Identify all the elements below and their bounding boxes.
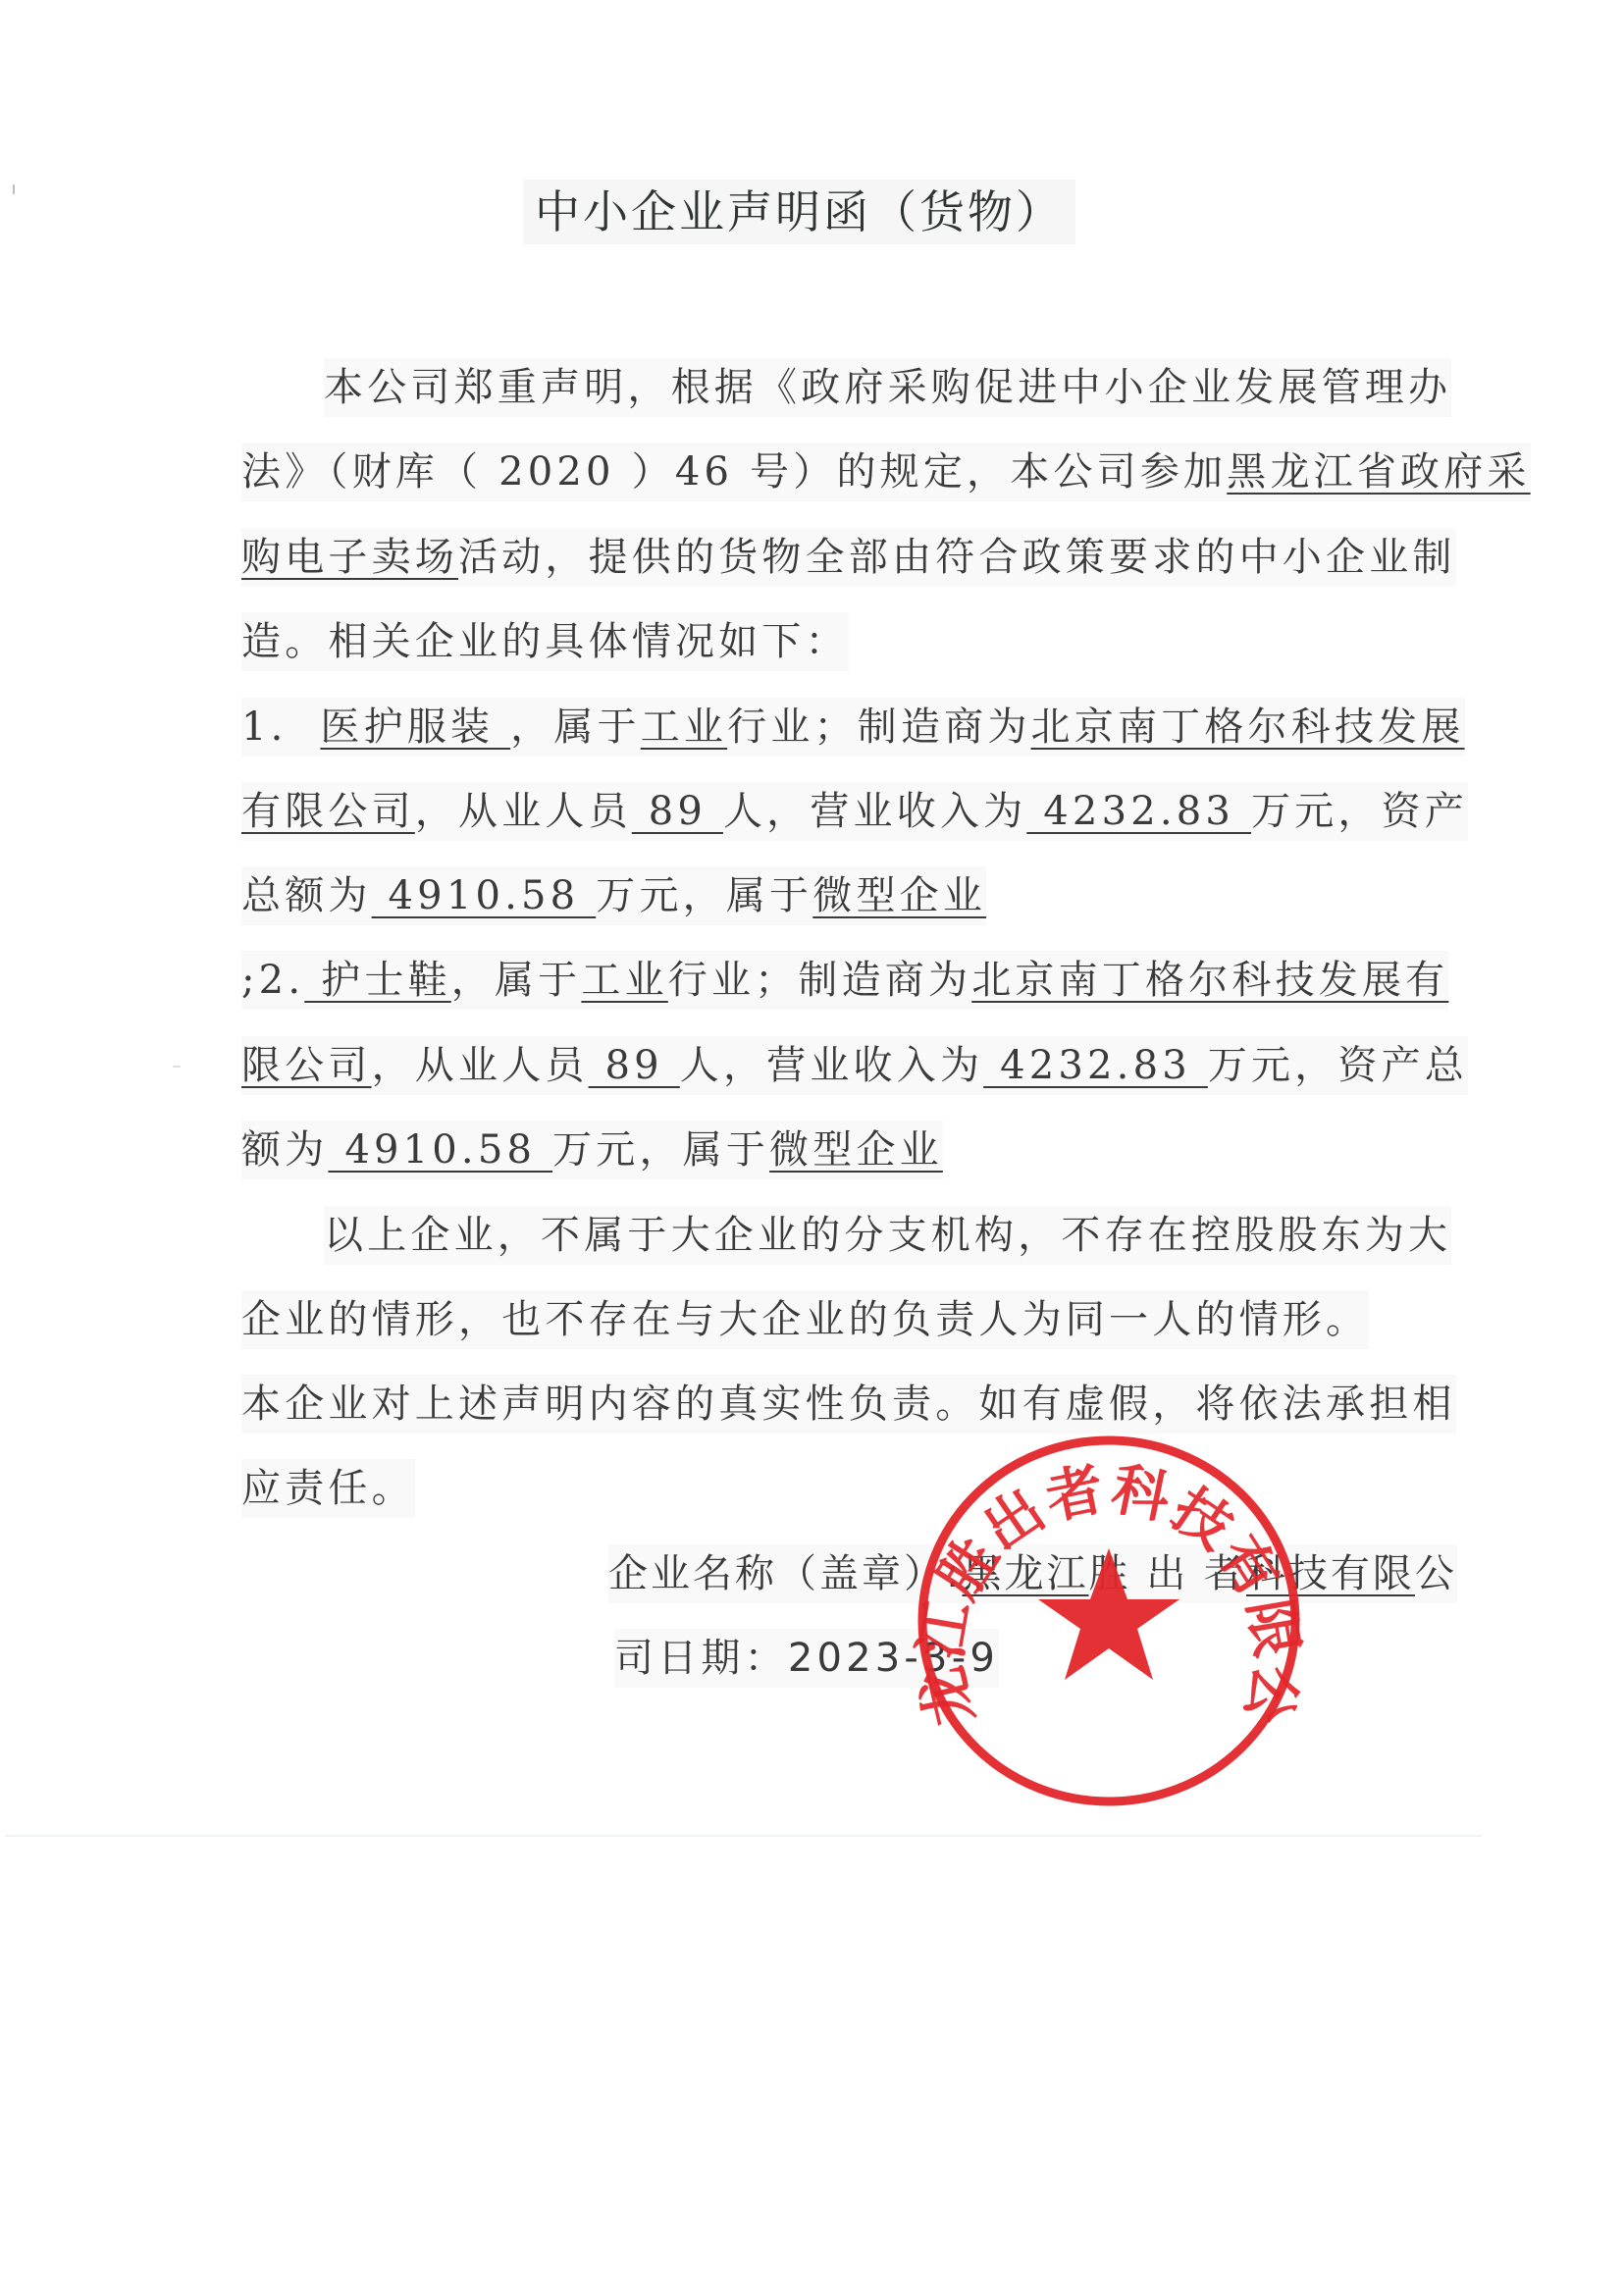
text: 活动，提供的货物全部由符合政策要求的中小企业制 xyxy=(458,535,1456,580)
text: 法》（财库（ 2020 ）46 号）的规定，本公司参加 xyxy=(241,449,1227,495)
paragraph-2-line-1: 以上企业，不属于大企业的分支机构，不存在控股股东为大 xyxy=(324,1206,1451,1265)
item-1-line-1: 1. 医护服装 ，属于工业行业；制造商为北京南丁格尔科技发展 xyxy=(241,698,1465,757)
item-2-line-2: 限公司，从业人员 89 人，营业收入为 4232.83 万元，资产总 xyxy=(241,1036,1468,1095)
date-label: 日期： xyxy=(657,1636,788,1681)
product-name: 医护服装 xyxy=(320,704,510,750)
text: 万元，资产总 xyxy=(1208,1043,1468,1088)
paragraph-3-line-1: 本企业对上述声明内容的真实性负责。如有虚假，将依法承担相 xyxy=(241,1375,1456,1434)
product-name: 护士鞋 xyxy=(304,958,451,1003)
text: ，从业人员 xyxy=(415,789,632,834)
industry: 工业 xyxy=(641,704,727,750)
paragraph-1-line-3: 购电子卖场活动，提供的货物全部由符合政策要求的中小企业制 xyxy=(241,528,1456,587)
text: 本公司郑重声明，根据《政府采购促进中小企业发展管理办 xyxy=(324,365,1451,410)
text: 行业；制造商为 xyxy=(727,704,1030,750)
document-page: 中小企业声明函（货物） 本公司郑重声明，根据《政府采购促进中小企业发展管理办 法… xyxy=(0,0,1624,2296)
platform-name-cont: 购电子卖场 xyxy=(241,535,458,580)
scan-speck xyxy=(173,1066,181,1068)
star-icon xyxy=(1038,1548,1179,1680)
enterprise-size: 微型企业 xyxy=(769,1127,943,1173)
text: 行业；制造商为 xyxy=(668,958,971,1003)
employees: 89 xyxy=(632,789,723,834)
paragraph-1-line-2: 法》（财库（ 2020 ）46 号）的规定，本公司参加黑龙江省政府采 xyxy=(241,443,1531,501)
text: ，属于 xyxy=(510,704,641,750)
item-number: ;2. xyxy=(241,958,304,1003)
text: 造。相关企业的具体情况如下： xyxy=(241,619,849,664)
item-2-line-3: 额为 4910.58 万元，属于微型企业 xyxy=(241,1121,943,1179)
company-seal-stamp: 黑龙江胜出者科技有限公司 xyxy=(913,1433,1305,1815)
enterprise-size: 微型企业 xyxy=(812,873,986,918)
text: 企业的情形，也不存在与大企业的负责人为同一人的情形。 xyxy=(241,1297,1369,1342)
scan-edge-line xyxy=(5,1835,1482,1837)
manufacturer-cont: 有限公司 xyxy=(241,789,415,834)
text: 万元，属于 xyxy=(596,873,812,918)
item-2-line-1: ;2. 护士鞋，属于工业行业；制造商为北京南丁格尔科技发展有 xyxy=(241,951,1448,1010)
text: 人，营业收入为 xyxy=(680,1043,983,1088)
item-1-line-2: 有限公司，从业人员 89 人，营业收入为 4232.83 万元，资产 xyxy=(241,782,1468,841)
manufacturer: 北京南丁格尔科技发展有 xyxy=(971,958,1448,1003)
scan-speck xyxy=(13,184,15,194)
revenue: 4232.83 xyxy=(1026,789,1251,834)
text: 人，营业收入为 xyxy=(723,789,1026,834)
text: 应责任。 xyxy=(241,1466,415,1511)
company-label: 企业名称（盖章）: xyxy=(608,1551,962,1596)
company-name-part4: 公 xyxy=(1415,1551,1457,1596)
paragraph-1-line-4: 造。相关企业的具体情况如下： xyxy=(241,612,849,671)
assets: 4910.58 xyxy=(328,1127,552,1173)
revenue: 4232.83 xyxy=(983,1043,1208,1088)
document-title: 中小企业声明函（货物） xyxy=(523,180,1075,244)
manufacturer: 北京南丁格尔科技发展 xyxy=(1031,704,1465,750)
text: 万元，属于 xyxy=(552,1127,769,1173)
company-name-end: 司 xyxy=(614,1636,657,1681)
industry: 工业 xyxy=(581,958,667,1003)
platform-name: 黑龙江省政府采 xyxy=(1227,449,1530,495)
text: ，从业人员 xyxy=(372,1043,589,1088)
text: 以上企业，不属于大企业的分支机构，不存在控股股东为大 xyxy=(324,1213,1451,1258)
employees: 89 xyxy=(589,1043,680,1088)
paragraph-2-line-2: 企业的情形，也不存在与大企业的负责人为同一人的情形。 xyxy=(241,1290,1369,1349)
text: 万元，资产 xyxy=(1251,789,1468,834)
item-1-line-3: 总额为 4910.58 万元，属于微型企业 xyxy=(241,866,986,925)
item-number: 1. xyxy=(241,704,320,750)
text: 本企业对上述声明内容的真实性负责。如有虚假，将依法承担相 xyxy=(241,1382,1456,1427)
paragraph-1-line-1: 本公司郑重声明，根据《政府采购促进中小企业发展管理办 xyxy=(324,358,1451,417)
text: 额为 xyxy=(241,1127,328,1173)
text: 总额为 xyxy=(241,873,372,918)
paragraph-3-line-2: 应责任。 xyxy=(241,1459,415,1518)
assets: 4910.58 xyxy=(372,873,597,918)
text: ，属于 xyxy=(451,958,582,1003)
manufacturer-cont: 限公司 xyxy=(241,1043,372,1088)
